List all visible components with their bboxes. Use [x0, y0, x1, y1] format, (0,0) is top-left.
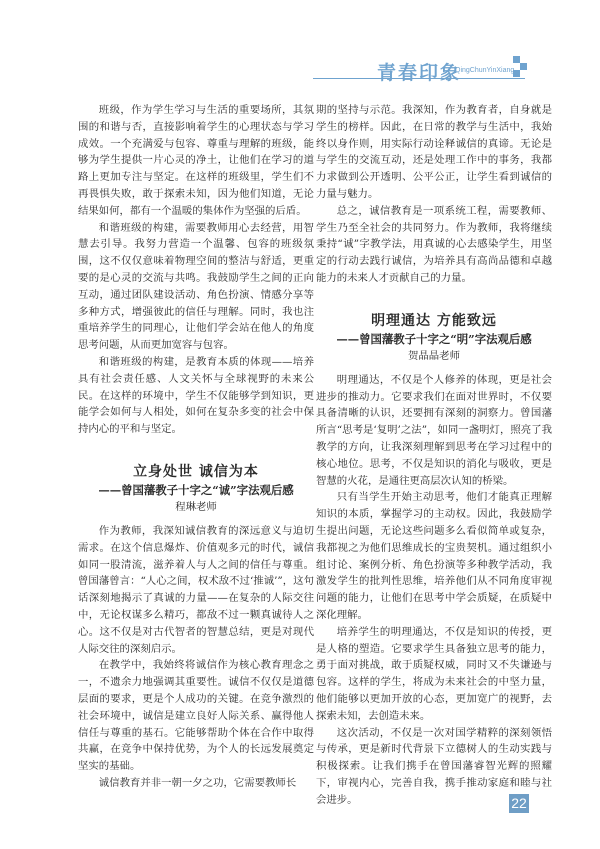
- page-number: 22: [509, 794, 529, 813]
- header-rule: [313, 78, 525, 79]
- paragraph: 总之，诚信教育是一项系统工程，需要教师、学生乃至全社会的共同努力。作为教师，我将…: [316, 203, 552, 287]
- left-column: 班级，作为学生学习与生活的重要场所，其氛围的和谐与否，直接影响着学生的心理状态与…: [78, 102, 314, 792]
- paragraph: 和谐班级的构建，是教育本质的体现——培养具有社会责任感、人文关怀与全球视野的未来…: [78, 354, 314, 438]
- paragraph: 培养学生的明理通达，不仅是知识的传授，更是人格的塑造。它要求学生具备独立思考的能…: [316, 624, 552, 725]
- paragraph: 班级，作为学生学习与生活的重要场所，其氛围的和谐与否，直接影响着学生的心理状态与…: [78, 102, 314, 220]
- section-title: 青春印象: [377, 58, 461, 85]
- paragraph: 只有当学生开始主动思考，他们才能真正理解知识的本质，掌握学习的主动权。因此，我鼓…: [316, 489, 552, 623]
- paragraph: 明理通达，不仅是个人修养的体现，更是社会进步的推动力。它要求我们在面对世界时，不…: [316, 372, 552, 490]
- paragraph: 和谐班级的构建，需要教师用心去经营，用智慧去引导。我努力营造一个温馨、包容的班级…: [78, 220, 314, 354]
- page-header: 青春印象 QingChunYinXiang: [0, 0, 600, 90]
- paragraph: 期的坚持与示范。我深知，作为教育者，自身就是学生的榜样。因此，在日常的教学与生活…: [316, 102, 552, 203]
- paragraph: 诚信教育并非一朝一夕之功，它需要教师长: [78, 775, 314, 792]
- paragraph: 在教学中，我始终将诚信作为核心教育理念之一，不遗余力地强调其重要性。诚信不仅仅是…: [78, 657, 314, 775]
- article-title: 明理通达 方能致远: [316, 311, 552, 331]
- paragraph: 作为教师，我深知诚信教育的深远意义与迫切需求。在这个信息爆炸、价值观多元的时代，…: [78, 523, 314, 657]
- article-author: 程琳老师: [78, 499, 314, 515]
- right-column: 期的坚持与示范。我深知，作为教育者，自身就是学生的榜样。因此，在日常的教学与生活…: [316, 102, 552, 808]
- article-author: 贺晶晶老师: [316, 348, 552, 364]
- section-pinyin: QingChunYinXiang: [455, 67, 514, 74]
- article-subtitle: ——曾国藩教子十字之“诚”字法观后感: [78, 482, 314, 499]
- article-title: 立身处世 诚信为本: [78, 462, 314, 482]
- article-subtitle: ——曾国藩教子十字之“明”字法观后感: [316, 331, 552, 348]
